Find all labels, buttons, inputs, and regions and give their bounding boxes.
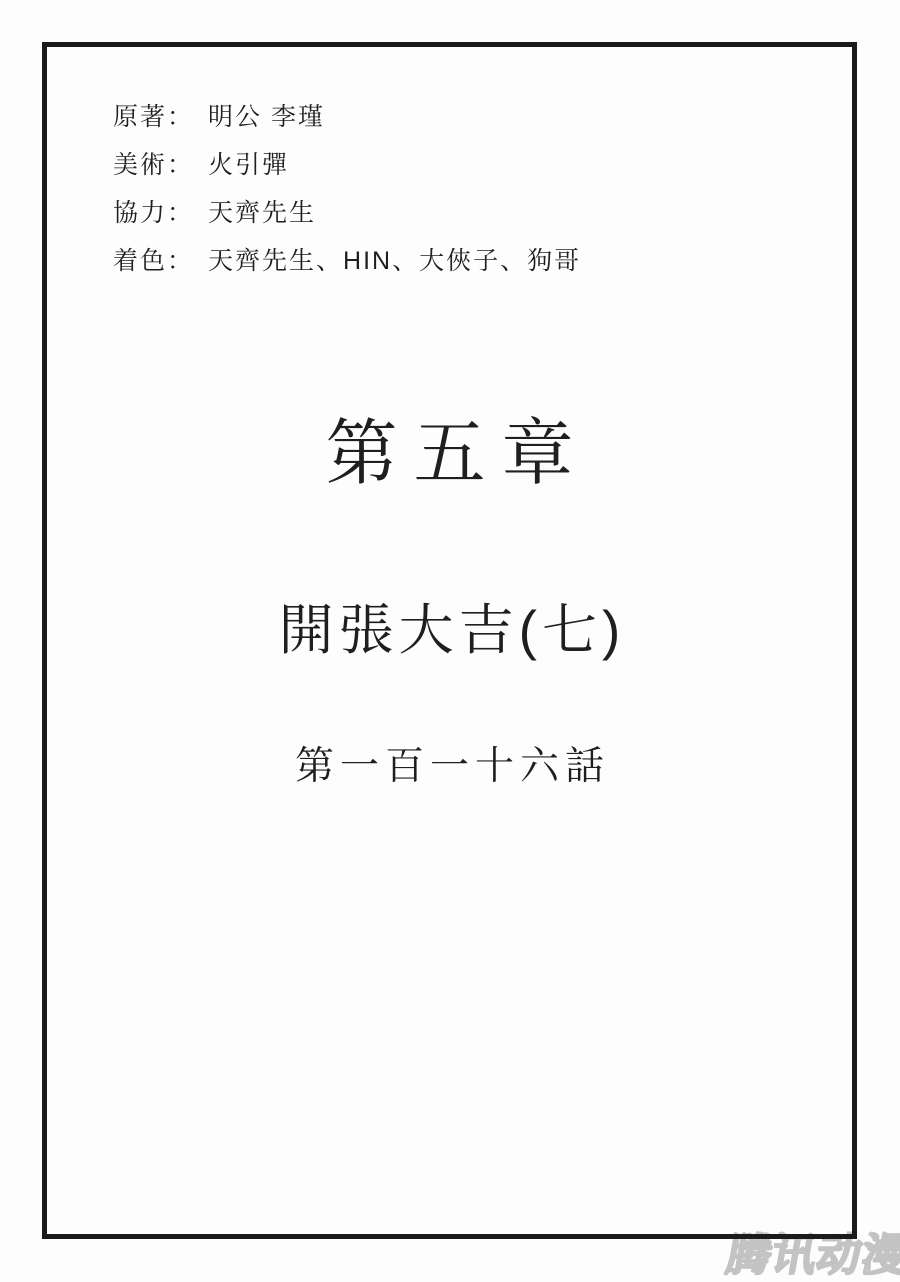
credit-value: 火引彈 <box>208 141 289 189</box>
chapter-subtitle: 開張大吉(七) <box>47 599 852 662</box>
chapter-title: 第五章 <box>47 415 852 494</box>
credit-value: 天齊先生、HIN、大俠子、狗哥 <box>208 237 581 285</box>
credit-line-assistance: 協力： 天齊先生 <box>113 189 581 237</box>
page-content: 原著： 明公 李瑾 美術： 火引彈 協力： 天齊先生 着色： 天齊先生、HIN、… <box>47 47 852 1234</box>
credit-value: 明公 李瑾 <box>208 93 325 141</box>
chapter-episode-number: 第一百一十六話 <box>47 745 852 790</box>
credit-label: 美術： <box>113 141 194 189</box>
credit-label: 着色： <box>113 237 194 285</box>
credit-line-original-author: 原著： 明公 李瑾 <box>113 93 581 141</box>
comic-title-page: 腾讯动漫 原著： 明公 李瑾 美術： 火引彈 協力： 天齊先生 着色： 天齊先生… <box>0 0 900 1282</box>
credit-line-coloring: 着色： 天齊先生、HIN、大俠子、狗哥 <box>113 237 581 285</box>
credit-line-art: 美術： 火引彈 <box>113 141 581 189</box>
credit-value: 天齊先生 <box>208 189 316 237</box>
credit-label: 協力： <box>113 189 194 237</box>
credits-block: 原著： 明公 李瑾 美術： 火引彈 協力： 天齊先生 着色： 天齊先生、HIN、… <box>113 93 581 285</box>
credit-label: 原著： <box>113 93 194 141</box>
